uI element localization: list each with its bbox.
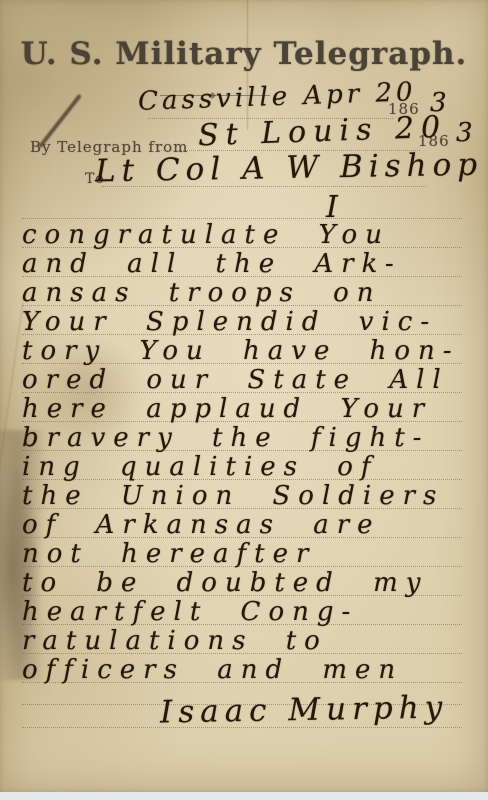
telegraph-form-paper: U. S. Military Telegraph. By Telegraph f… xyxy=(0,0,488,792)
message-line: heartfelt Cong- xyxy=(22,598,474,627)
scanned-telegram-document: U. S. Military Telegraph. By Telegraph f… xyxy=(0,0,488,800)
message-line: tory You have hon- xyxy=(22,337,474,366)
message-line: ing qualities of xyxy=(22,453,474,482)
handwritten-message-body: congratulate You and all the Ark- ansas … xyxy=(22,221,474,685)
message-line: congratulate You xyxy=(22,221,474,250)
message-line: here applaud Your xyxy=(22,395,474,424)
handwritten-dateline-place: Cassville Apr 20 xyxy=(138,77,417,117)
ruled-line xyxy=(22,218,462,219)
message-line: officers and men xyxy=(22,656,474,685)
handwritten-recipient: Lt Col A W Bishop xyxy=(95,147,484,190)
message-line: bravery the fight- xyxy=(22,424,474,453)
message-line: the Union Soldiers xyxy=(22,482,474,511)
handwritten-signature: Isaac Murphy xyxy=(160,689,449,730)
message-line: and all the Ark- xyxy=(22,250,474,279)
message-line: to be doubted my xyxy=(22,569,474,598)
scanner-background xyxy=(0,792,488,800)
message-line: not hereafter xyxy=(22,540,474,569)
message-line: ratulations to xyxy=(22,627,474,656)
message-line: ansas troops on xyxy=(22,279,474,308)
form-title: U. S. Military Telegraph. xyxy=(0,36,488,72)
message-line: of Arkansas are xyxy=(22,511,474,540)
message-line: ored our State All xyxy=(22,366,474,395)
message-line: Your Splendid vic- xyxy=(22,308,474,337)
handwritten-origin-year-digit: 3 xyxy=(456,118,473,148)
handwritten-origin-place: St Louis 20 xyxy=(197,110,447,154)
